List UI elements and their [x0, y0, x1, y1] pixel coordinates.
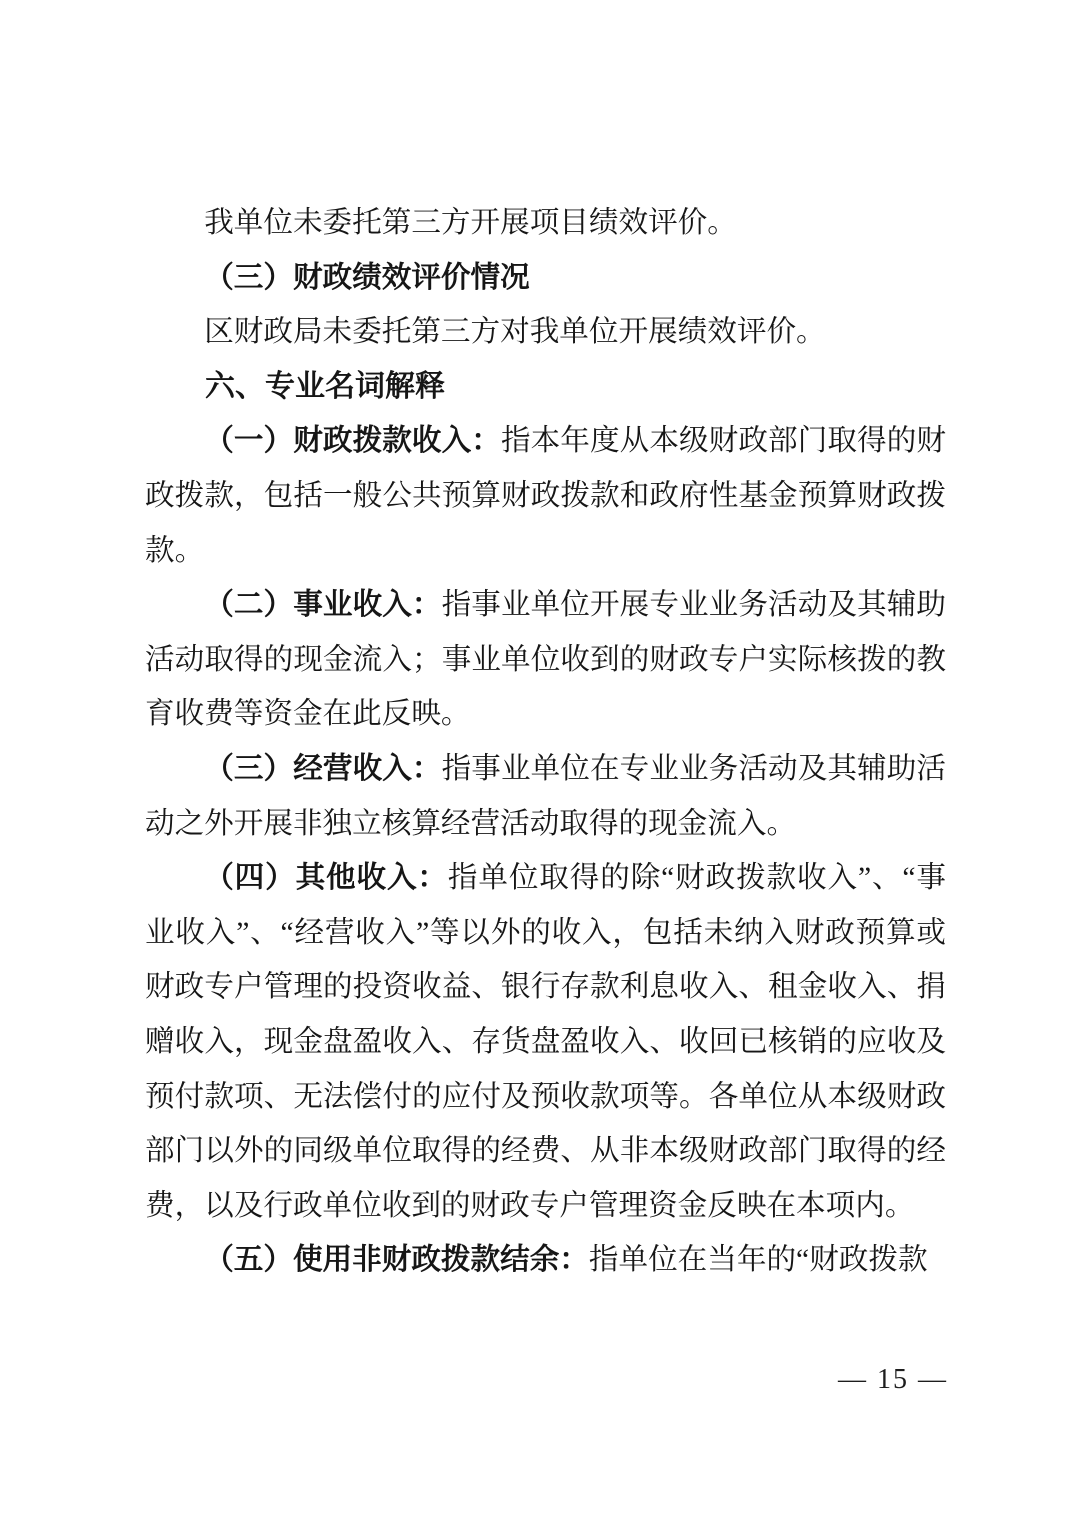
paragraph: （三）经营收入：指事业单位在专业业务活动及其辅助活动之外开展非独立核算经营活动取… — [145, 742, 946, 851]
paragraph-text: 指单位在当年的“财政拨款 — [589, 1244, 928, 1276]
document-page: 我单位未委托第三方开展项目绩效评价。（三）财政绩效评价情况区财政局未委托第三方对… — [0, 0, 1074, 1520]
paragraph-text: 我单位未委托第三方开展项目绩效评价。 — [204, 207, 737, 239]
document-body: 我单位未委托第三方开展项目绩效评价。（三）财政绩效评价情况区财政局未委托第三方对… — [145, 196, 946, 1288]
paragraph-lead: 六、专业名词解释 — [205, 370, 445, 403]
paragraph-text: 区财政局未委托第三方对我单位开展绩效评价。 — [204, 316, 825, 348]
paragraph: 区财政局未委托第三方对我单位开展绩效评价。 — [145, 305, 946, 360]
paragraph-lead: （四）其他收入： — [204, 862, 448, 894]
paragraph: （五）使用非财政拨款结余：指单位在当年的“财政拨款 — [145, 1233, 946, 1288]
paragraph-lead: （三）财政绩效评价情况 — [204, 262, 530, 294]
sub-heading: （三）财政绩效评价情况 — [145, 251, 946, 306]
paragraph-text: 指单位取得的除“财政拨款收入”、“事业收入”、“经营收入”等以外的收入，包括未纳… — [145, 862, 946, 1222]
paragraph: 我单位未委托第三方开展项目绩效评价。 — [145, 196, 946, 251]
paragraph: （一）财政拨款收入：指本年度从本级财政部门取得的财政拨款，包括一般公共预算财政拨… — [145, 414, 946, 578]
paragraph-lead: （三）经营收入： — [204, 753, 441, 785]
paragraph-lead: （五）使用非财政拨款结余： — [204, 1244, 589, 1276]
paragraph: （二）事业收入：指事业单位开展专业业务活动及其辅助活动取得的现金流入；事业单位收… — [145, 578, 946, 742]
paragraph-lead: （一）财政拨款收入： — [204, 425, 501, 457]
paragraph-lead: （二）事业收入： — [204, 589, 441, 621]
paragraph: （四）其他收入：指单位取得的除“财政拨款收入”、“事业收入”、“经营收入”等以外… — [145, 851, 946, 1233]
page-number: — 15 — — [838, 1360, 948, 1400]
section-heading: 六、专业名词解释 — [145, 360, 946, 415]
